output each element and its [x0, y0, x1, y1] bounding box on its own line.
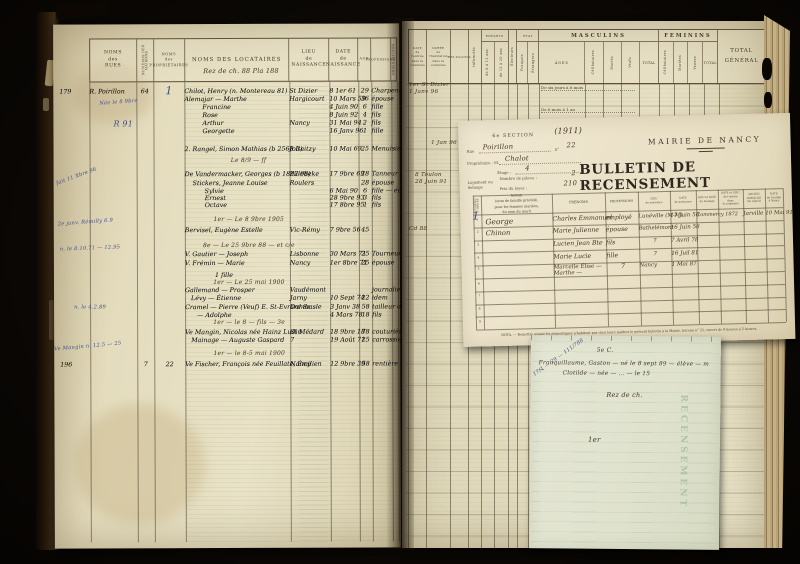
birthdate: 8 1er 61 [329, 88, 358, 95]
street [90, 329, 137, 336]
group-label: ÉTAT [517, 30, 538, 42]
tenant-name: 2. Rangel, Simon Mathias (b 2568 B) [185, 146, 290, 153]
house-number [137, 180, 154, 187]
subcol-ages: ÂGES [539, 42, 585, 83]
subcol: Célibataires [659, 42, 674, 83]
birthdate: 10 Sept 74 [330, 295, 359, 302]
row-number: 9 [476, 319, 484, 323]
book-gutter [386, 18, 414, 550]
house-number [137, 146, 154, 153]
ledger-row: Octave17 8bre 951fils [54, 201, 400, 209]
margin-number [54, 146, 90, 153]
ledger-row: Georgette16 Janv 961fille [53, 127, 399, 135]
house-number [137, 171, 154, 178]
birthplace: Vic-Rémy [290, 227, 330, 234]
age: 18 [359, 311, 372, 318]
vertical-label: Étrangers [532, 53, 535, 73]
row-number: 3 [474, 242, 482, 249]
house-number: 64 [136, 88, 153, 95]
tenant-name: Chilot, Henry (n. Montereau 81) [184, 88, 289, 95]
tenant-name: Georgette [184, 128, 289, 135]
subcol: Mariées [674, 42, 689, 83]
col-group-masculins: MASCULINS ÂGES Célibataires Mariés Veufs… [539, 30, 658, 83]
cover-fray [43, 98, 49, 111]
owner-mark [153, 120, 184, 127]
owner-mark [154, 251, 185, 258]
street [90, 295, 137, 302]
interline-note: Le 8/9 — ff [174, 158, 324, 165]
tenant-name: Francine [184, 104, 289, 111]
row-number: 6 [475, 281, 483, 285]
first-names: Marie Lucie [553, 252, 606, 260]
birthplace: Nancy [290, 260, 330, 267]
house-number [136, 104, 153, 111]
birthdate: 10 Mai 69 [330, 146, 359, 153]
family-name: George [481, 216, 552, 227]
col-header-religions: RELIGIONS [451, 30, 469, 83]
margin-number [54, 287, 90, 294]
tenant-name: Lévy — Étienne [185, 295, 290, 302]
birthplace: 7 [290, 337, 330, 344]
age: 58 [359, 360, 372, 367]
birthplace: Lisbonne [290, 251, 330, 258]
entry-commune [721, 211, 743, 221]
vertical-label: Infirmités [473, 47, 476, 67]
margin-note: n. le 4.2.89 [74, 305, 106, 311]
group-label: ENFANTS [482, 30, 508, 42]
birthplace [290, 202, 330, 209]
ledger-row: Gallemand — ProsperVaudémontjournalier [54, 286, 400, 294]
tenant-name: Cramel — Pierre (Veuf) E. St-Evrard 8e [185, 304, 290, 311]
interline-note: 1er — le 8-5 mai 1900 [174, 351, 324, 358]
birthdate: 18 9bre 18 [330, 329, 359, 336]
birthdate: 3 Janv 38 [330, 304, 359, 311]
col-header-noms-des-rues: NOMS des RUES [90, 39, 137, 81]
birthdate: 4 Mars 78 [330, 312, 359, 319]
age: 3 [359, 194, 372, 201]
owner-mark [153, 128, 184, 135]
subcol: Étrangers [528, 42, 538, 83]
owner-mark [153, 96, 184, 103]
birthdate: 17 Juin 50 [670, 212, 696, 222]
age: 28 [359, 179, 372, 186]
entry-nancy: 10 Mai 91 [765, 210, 783, 219]
street [90, 180, 137, 187]
birthplace: 7 [639, 251, 671, 259]
photo-of-census-register: NOMS des RUES NUMÉROS DES MAISONS NOMS d… [0, 0, 800, 564]
ledger-row: Bervisel, Eugène EstelleVic-Rémy7 9bre 5… [54, 226, 400, 234]
street [90, 361, 137, 368]
col-header-electeurs: Électeurs [509, 30, 518, 83]
house-number [137, 202, 154, 209]
owner-mark [154, 180, 185, 187]
vertical-label: NUMÉROS DES MAISONS [142, 39, 149, 81]
col-group-enfants: ENFANTS de 6 à 13 ans de 13 à 20 ans [482, 30, 509, 83]
birthdate: 10 Mars 59 [329, 96, 358, 103]
recap-header-row: DATE de l'entrée dans la commune DURÉE d… [408, 29, 766, 84]
birthdate: 12 9bre 39 [330, 361, 359, 368]
birthdate: 4 Juin 90 [329, 104, 358, 111]
cover-corner [56, 1, 109, 20]
header-annotation: Rez de ch. 88 Pla 188 [203, 68, 279, 76]
owner-mark [154, 202, 185, 209]
margin-number [54, 312, 90, 319]
grid-line [426, 84, 427, 548]
group-label: FEMININS [659, 30, 718, 42]
margin-note: 8 Toulon 28 Juin 91 [415, 172, 447, 185]
birthplace: Nancy [640, 262, 672, 275]
group-subcolumns: Célibataires Mariées Veuves TOTAL [659, 42, 718, 83]
age: 25 [359, 259, 372, 266]
profession: fils [606, 239, 639, 247]
slip-top-note: 5e C. [597, 348, 614, 355]
house-number [136, 120, 153, 127]
vertical-label: de 13 à 20 ans [500, 48, 503, 77]
margin-number [54, 272, 90, 279]
birthplace: Jarny [290, 295, 330, 302]
tenant-name: De Vandermacker, Georges (b 1892-98) [185, 171, 290, 178]
age: 22 [359, 294, 372, 301]
edge-notch [764, 92, 772, 108]
bulletin-de-recensement: 6e SECTION (1911) Rue Poirillon n° 22 Pr… [458, 113, 795, 347]
vertical-label: Électeurs [511, 47, 514, 66]
margin-note: 1er St Dizier 1 Janv 96 [409, 82, 449, 95]
owner-mark: 1 [153, 88, 184, 95]
row-number: 4 [474, 255, 482, 262]
margin-number [53, 112, 89, 119]
first-names: Marie Julienne [553, 226, 606, 235]
birthdate: 17 8bre 95 [330, 202, 359, 209]
ledger-row: Rose8 Juin 924fils [53, 111, 399, 119]
street: R. Poirillon [89, 88, 136, 95]
birthplace [289, 128, 329, 135]
vertical-label: Français [521, 54, 524, 71]
house-number [137, 272, 154, 279]
margin-number [54, 227, 90, 234]
subcol: de 13 à 20 ans [495, 42, 507, 83]
house-number [136, 112, 153, 119]
age: 25 [359, 250, 372, 257]
ledger-row: De Vandermacker, Georges (b 1892-98)Zill… [54, 170, 400, 178]
birthplace: Joltaitzy [290, 146, 330, 153]
age: 6 [358, 103, 371, 110]
birthplace: Zillebeke [290, 171, 330, 178]
group-subcolumns: ÂGES Célibataires Mariés Veufs TOTAL [539, 42, 657, 83]
street [90, 202, 137, 209]
interline-note: 1er — Le 8 9bre 1905 [174, 217, 324, 224]
edge-notch [762, 58, 772, 80]
tenant-name: Bervisel, Eugène Estelle [185, 227, 290, 234]
tenant-name: Arthur [184, 120, 289, 127]
vertical-label: Célibataires [592, 50, 595, 74]
birthplace: Nancy [290, 361, 330, 368]
owner-mark [154, 227, 185, 234]
family-name [483, 265, 554, 279]
tenant-name: Rose [184, 112, 289, 119]
birthplace: St Dizier [289, 88, 329, 95]
subcol: Célibataires [585, 42, 603, 83]
age: 6 [359, 187, 372, 194]
tenant-name: V. Gautier — Joseph [185, 251, 290, 258]
row-number: 8 [476, 306, 484, 310]
house-number [137, 337, 154, 344]
slip-floor-note: 1er [588, 436, 601, 444]
owner-mark [154, 146, 185, 153]
birthdate: 19 Août 71 [330, 337, 359, 344]
household-number-hand: 1 [472, 214, 479, 221]
ledger-row: 179 R. Poirillon 64 1 Chilot, Henry (n. … [53, 87, 399, 95]
margin-number [53, 104, 89, 111]
birthdate: 7 Avril 78 [671, 237, 697, 245]
age: 25 [359, 145, 372, 152]
house-number [137, 188, 154, 195]
house-number [136, 96, 153, 103]
row-number: 7 [475, 293, 483, 297]
birthdate: 1er 8bre 71 [330, 260, 359, 267]
age: 25 [359, 336, 372, 343]
age: 36 [358, 95, 371, 102]
recensement-stamp: RECENSEMENT [677, 394, 688, 514]
owner-mark: 22 [154, 361, 185, 368]
street [90, 251, 137, 258]
birthplace: Bathelémont [639, 225, 671, 234]
owner-mark [154, 260, 185, 267]
birthplace: Hargicourt [289, 96, 329, 103]
tenant-name: Stickers, Jeanne Louise [185, 180, 290, 187]
subcol: Veuves [688, 42, 703, 83]
age: 45 [359, 226, 372, 233]
interline-note: 8e — Le 25 9bre 88 — et c/e [174, 243, 324, 250]
margin-number [53, 128, 89, 135]
slip-line-2: Clotilde — née — … — le 15 [563, 370, 713, 378]
subcol: Français [517, 42, 528, 83]
col-header-date-naissance: DATE de naissance [670, 190, 696, 210]
tenant-name: Mainage — Auguste Gaspard [185, 337, 290, 344]
previous-home: Jarville [743, 211, 765, 221]
owner-mark [154, 272, 185, 279]
house-number [137, 287, 154, 294]
street [90, 287, 137, 294]
row-number: 2 [474, 229, 482, 237]
birthplace: Lunéville (M-M) [638, 213, 670, 223]
age: 28 [359, 170, 372, 177]
margin-number [54, 202, 90, 209]
tenant-name: Ve Fischer, François née Feuillate, Émil… [185, 361, 290, 368]
vertical-label: Mariés [611, 56, 614, 70]
birthdate: 8 Juin 92 [329, 112, 358, 119]
birthdate: 31 Mai 94 [329, 120, 358, 127]
birthplace: Dombasle [290, 304, 330, 311]
birthplace [289, 104, 329, 111]
tenant-name: Octave [185, 202, 290, 209]
street [90, 312, 137, 319]
house-number [136, 128, 153, 135]
vertical-label: Veuves [694, 56, 697, 70]
house-number: 7 [137, 361, 154, 368]
left-page: NOMS des RUES NUMÉROS DES MAISONS NOMS d… [53, 23, 401, 548]
note-slip: RECENSEMENT 17/1 — 29 — 111/788 5e C. Fr… [529, 335, 721, 550]
street [90, 227, 137, 234]
vertical-label: de 6 à 13 ans [486, 49, 489, 76]
col-header-infirmites: Infirmités [469, 30, 482, 83]
first-names: Marcelle Élise — Marthe — [554, 263, 607, 276]
tenant-name: Gallemand — Prosper [185, 287, 290, 294]
col-header-prenoms: PRÉNOMS [552, 192, 605, 212]
margin-number [53, 96, 89, 103]
grid-line [450, 84, 451, 548]
group-subcolumns: de 6 à 13 ans de 13 à 20 ans [482, 42, 508, 83]
house-number [137, 295, 154, 302]
owner-mark [154, 304, 185, 311]
owner-mark [154, 287, 185, 294]
birthdate: 16 Janv 96 [329, 128, 358, 135]
margin-number: 196 [54, 361, 90, 368]
subcol: Mariés [604, 42, 622, 83]
age-bracket-row: De six jours à 6 mois [541, 85, 635, 91]
profession: 7 [607, 263, 640, 276]
col-header-proprietaires: NOMS des PROPRIÉTAIRES [154, 39, 185, 81]
profession: employé [605, 214, 638, 224]
birthdate: 16 Juin 56 [671, 224, 697, 233]
birthplace: Nancy [289, 120, 329, 127]
birthplace: Roulers [290, 180, 330, 187]
street [90, 260, 137, 267]
birthdate: 17 9bre 69 [330, 171, 359, 178]
age: 4 [358, 111, 371, 118]
age: 29 [358, 87, 371, 94]
tenant-name: Ve Mangin, Nicolas née Hainz Ludin [185, 329, 290, 336]
col-header-entree-nancy: DATE de l'entrée à Nancy [765, 188, 783, 207]
house-number [137, 227, 154, 234]
street [90, 272, 137, 279]
street [89, 128, 136, 135]
margin-number: 179 [53, 88, 89, 95]
owner-mark [154, 312, 185, 319]
birthplace: St Médard [290, 329, 330, 336]
birthdate: 16 Juil 81 [671, 250, 697, 258]
age-bracket-row: De 6 mois à 1 an [541, 107, 635, 113]
col-header-professions: PROFESSIONS [605, 192, 638, 212]
vertical-label: Célibataires [664, 50, 667, 74]
owner-mark [154, 337, 185, 344]
col-header-mariage: LIEU et DATE du mariage [696, 190, 718, 210]
age: 58 [359, 303, 372, 310]
col-header-lieu-naissance: LIEU de NAISSANCE [289, 39, 329, 81]
age: 1 [359, 201, 372, 208]
house-number [137, 304, 154, 311]
house-number [137, 329, 154, 336]
house-number [137, 312, 154, 319]
margin-number [54, 295, 90, 302]
subcol: Veufs [622, 42, 640, 83]
col-header-ancien-domicile: ANCIEN DOMICILE (ou séjour) [743, 189, 765, 209]
col-group-feminins: FEMININS Célibataires Mariées Veuves TOT… [659, 30, 719, 83]
col-header-entree-commune: DATE et LIEU de l'entrée dans la commune [718, 189, 743, 209]
margin-note: R 91 [113, 119, 133, 128]
birthdate [330, 287, 359, 294]
house-number [137, 195, 154, 202]
age: 2 [358, 119, 371, 126]
interline-note: 1er — le 8 — fils — 3e [174, 320, 324, 327]
house-number [137, 251, 154, 258]
subcol: de 6 à 13 ans [482, 42, 495, 83]
birthdate [330, 180, 359, 187]
ledger-row: ArthurNancy31 Mai 942fils [53, 119, 399, 127]
ledger-row: Ve Mangin, Nicolas née Hainz LudinSt Méd… [54, 328, 400, 336]
margin-note: 1 Jan 96 [431, 140, 457, 147]
ledger-row: 2. Rangel, Simon Mathias (b 2568 B)Jolta… [54, 145, 400, 153]
col-header-total-general: TOTAL GÉNÉRAL [718, 30, 765, 83]
margin-number [54, 329, 90, 336]
margin-number [53, 120, 89, 127]
ledger-row: V. Frémin — MarieNancy1er 8bre 7125épous… [54, 259, 400, 267]
street [90, 146, 137, 153]
age: 1 [358, 127, 371, 134]
profession: épouse [606, 226, 639, 235]
birthplace: 7 [639, 238, 671, 246]
profession: fille [606, 252, 639, 260]
col-header-noms: NOMS (nom de famille précédé, pour les f… [481, 194, 552, 215]
first-names: Charles Emmanuel [552, 214, 605, 224]
tenant-name: Alemajar — Marthe [184, 96, 289, 103]
ledger-row: Lévy — ÉtienneJarny10 Sept 7422idem [54, 294, 400, 302]
birthplace [290, 312, 330, 319]
owner-mark [153, 104, 184, 111]
col-header-date-naissance: DATE de NAISSANCE [329, 39, 358, 81]
owner-mark [154, 295, 185, 302]
birthplace [289, 112, 329, 119]
owner-mark [154, 171, 185, 178]
house-number [137, 260, 154, 267]
birthplace: Vaudémont [290, 287, 330, 294]
ledger-row: 196722Ve Fischer, François née Feuillate… [54, 360, 400, 368]
group-subcolumns: Français Étrangers [517, 42, 538, 83]
col-header-lieu-naissance: LIEU de naissance [638, 191, 670, 211]
group-label: MASCULINS [539, 30, 657, 42]
age: 78 [359, 328, 372, 335]
slip-center-note: Rez de ch. [606, 392, 642, 400]
owner-mark [154, 329, 185, 336]
subcol-total: TOTAL [703, 42, 717, 83]
birthdate: 30 Mars 71 [330, 251, 359, 258]
vertical-label: Mariées [679, 55, 682, 71]
owner-mark [153, 112, 184, 119]
vertical-label: Veufs [629, 57, 632, 68]
birthdate: 1 Mai 87 [672, 261, 698, 274]
ledger-row: Stickers, Jeanne LouiseRoulers28épouse [54, 179, 400, 187]
age [359, 286, 372, 293]
ledger-header-row: NOMS des RUES NUMÉROS DES MAISONS NOMS d… [89, 37, 397, 82]
margin-number [54, 260, 90, 267]
first-names: Lucien Jean Bte [553, 239, 606, 247]
tenant-name: V. Frémin — Marie [185, 260, 290, 267]
marriage: Commercy 1872 [696, 212, 721, 222]
col-group-etat: ÉTAT Français Étrangers [517, 30, 539, 83]
birthdate: 7 9bre 56 [330, 227, 359, 234]
subcol-total: TOTAL [640, 42, 657, 83]
